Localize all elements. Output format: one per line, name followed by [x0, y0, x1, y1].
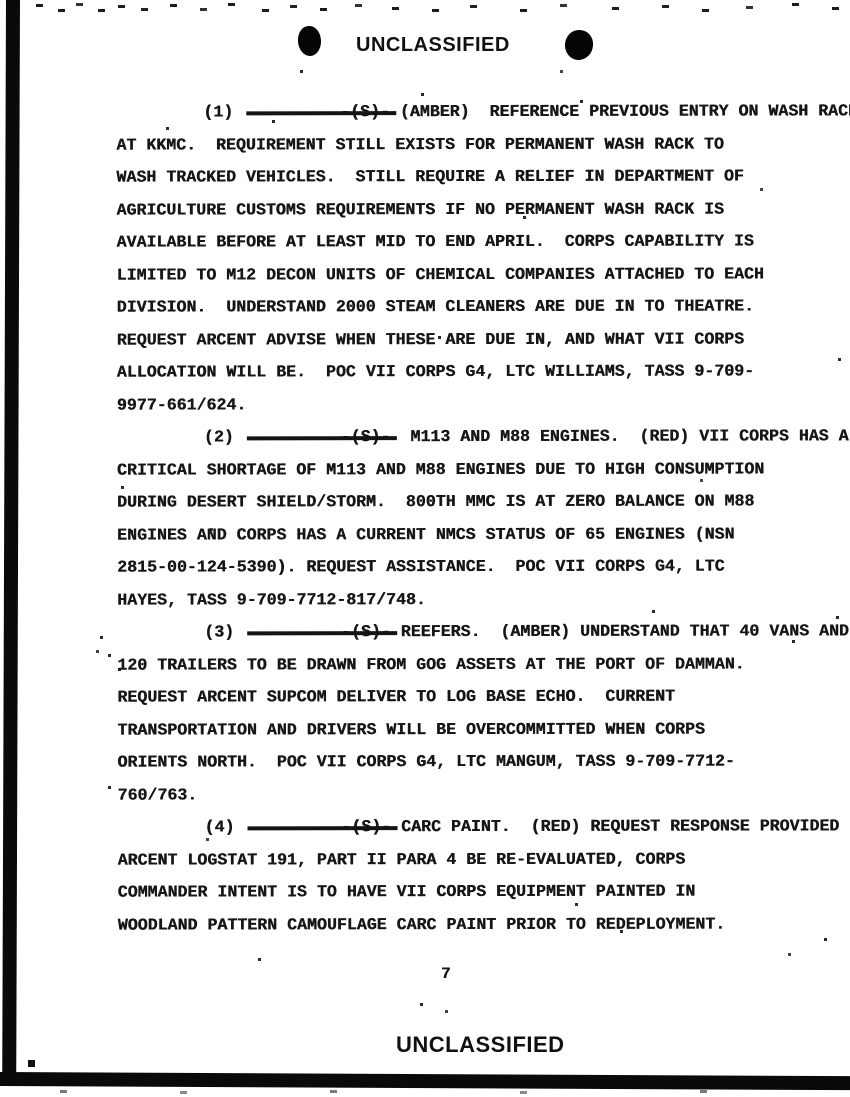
line-text: DIVISION. UNDERSTAND 2000 STEAM CLEANERS… [117, 296, 754, 316]
line-text: CRITICAL SHORTAGE OF M113 AND M88 ENGINE… [117, 459, 764, 479]
document-line: 760/763. [117, 778, 817, 812]
document-line: ORIENTS NORTH. POC VII CORPS G4, LTC MAN… [117, 745, 817, 779]
document-line: ALLOCATION WILL BE. POC VII CORPS G4, LT… [117, 355, 817, 389]
paragraph: (2) -(S)- M113 AND M88 ENGINES. (RED) VI… [117, 420, 817, 616]
ink-dot-icon [296, 25, 322, 57]
document-line: LIMITED TO M12 DECON UNITS OF CHEMICAL C… [117, 258, 817, 292]
struck-classification-marking: -(S)- [253, 96, 390, 129]
scan-edge-bar-bottom [0, 1072, 850, 1090]
line-text: REQUEST ARCENT ADVISE WHEN THESE ARE DUE… [117, 329, 744, 349]
line-text: REEFERS. (AMBER) UNDERSTAND THAT 40 VANS… [391, 621, 849, 641]
line-text: LIMITED TO M12 DECON UNITS OF CHEMICAL C… [117, 264, 764, 284]
header-classification: UNCLASSIFIED [356, 34, 510, 57]
line-text: 9977-661/624. [117, 395, 246, 414]
scan-noise-specks [0, 0, 3, 3]
struck-classification-marking: -(S)- [254, 421, 391, 454]
line-text: ARCENT LOGSTAT 191, PART II PARA 4 BE RE… [118, 849, 686, 869]
document-line: (4) -(S)- CARC PAINT. (RED) REQUEST RESP… [118, 810, 818, 844]
document-line: WOODLAND PATTERN CAMOUFLAGE CARC PAINT P… [118, 908, 818, 942]
document-line: DIVISION. UNDERSTAND 2000 STEAM CLEANERS… [117, 290, 817, 324]
document-line: 9977-661/624. [117, 388, 817, 422]
line-text: (AMBER) REFERENCE PREVIOUS ENTRY ON WASH… [390, 101, 850, 121]
document-line: REQUEST ARCENT SUPCOM DELIVER TO LOG BAS… [117, 680, 817, 714]
document-line: (1) -(S)- (AMBER) REFERENCE PREVIOUS ENT… [116, 95, 816, 129]
document-line: DURING DESERT SHIELD/STORM. 800TH MMC IS… [117, 485, 817, 519]
line-text: WASH TRACKED VEHICLES. STILL REQUIRE A R… [116, 167, 743, 187]
line-text: ALLOCATION WILL BE. POC VII CORPS G4, LT… [117, 361, 754, 381]
line-text: ENGINES AND CORPS HAS A CURRENT NMCS STA… [117, 524, 734, 544]
line-text: AT KKMC. REQUIREMENT STILL EXISTS FOR PE… [116, 134, 723, 154]
document-line: (3) -(S)- REEFERS. (AMBER) UNDERSTAND TH… [117, 615, 817, 649]
paragraph: (1) -(S)- (AMBER) REFERENCE PREVIOUS ENT… [116, 95, 817, 421]
struck-classification-marking: -(S)- [254, 616, 391, 649]
paragraph: (4) -(S)- CARC PAINT. (RED) REQUEST RESP… [118, 810, 818, 941]
document-line: TRANSPORTATION AND DRIVERS WILL BE OVERC… [117, 713, 817, 747]
document-line: COMMANDER INTENT IS TO HAVE VII CORPS EQ… [118, 875, 818, 909]
line-text: AVAILABLE BEFORE AT LEAST MID TO END APR… [117, 231, 754, 251]
line-text: M113 AND M88 ENGINES. (RED) VII CORPS HA… [390, 426, 848, 446]
struck-classification-marking: -(S)- [254, 811, 391, 844]
document-line: CRITICAL SHORTAGE OF M113 AND M88 ENGINE… [117, 453, 817, 487]
line-text: REQUEST ARCENT SUPCOM DELIVER TO LOG BAS… [117, 687, 675, 707]
document-line: REQUEST ARCENT ADVISE WHEN THESE ARE DUE… [117, 323, 817, 357]
line-text: HAYES, TASS 9-709-7712-817/748. [117, 590, 426, 610]
document-line: 2815-00-124-5390). REQUEST ASSISTANCE. P… [117, 550, 817, 584]
document-line: WASH TRACKED VEHICLES. STILL REQUIRE A R… [116, 160, 816, 194]
document-line: AGRICULTURE CUSTOMS REQUIREMENTS IF NO P… [116, 193, 816, 227]
document-line: ARCENT LOGSTAT 191, PART II PARA 4 BE RE… [118, 843, 818, 877]
line-text: ORIENTS NORTH. POC VII CORPS G4, LTC MAN… [117, 752, 734, 772]
line-text: COMMANDER INTENT IS TO HAVE VII CORPS EQ… [118, 882, 696, 902]
document-line: AVAILABLE BEFORE AT LEAST MID TO END APR… [116, 225, 816, 259]
line-text: TRANSPORTATION AND DRIVERS WILL BE OVERC… [117, 719, 705, 739]
document-line: AT KKMC. REQUIREMENT STILL EXISTS FOR PE… [116, 128, 816, 162]
scanned-document-page: UNCLASSIFIED (1) -(S)- (AMBER) REFERENCE… [0, 0, 850, 1097]
line-text: CARC PAINT. (RED) REQUEST RESPONSE PROVI… [391, 816, 850, 836]
line-text: AGRICULTURE CUSTOMS REQUIREMENTS IF NO P… [116, 199, 723, 219]
line-text: 120 TRAILERS TO BE DRAWN FROM GOG ASSETS… [117, 654, 744, 674]
line-text: DURING DESERT SHIELD/STORM. 800TH MMC IS… [117, 491, 754, 511]
page-number: 7 [441, 965, 451, 983]
document-line: ENGINES AND CORPS HAS A CURRENT NMCS STA… [117, 518, 817, 552]
ink-dot-icon [564, 29, 594, 61]
document-body: (1) -(S)- (AMBER) REFERENCE PREVIOUS ENT… [116, 95, 817, 941]
document-line: HAYES, TASS 9-709-7712-817/748. [117, 583, 817, 617]
line-text: WOODLAND PATTERN CAMOUFLAGE CARC PAINT P… [118, 914, 725, 934]
paragraph: (3) -(S)- REEFERS. (AMBER) UNDERSTAND TH… [117, 615, 817, 811]
footer-classification: UNCLASSIFIED [396, 1032, 565, 1058]
document-line: 120 TRAILERS TO BE DRAWN FROM GOG ASSETS… [117, 648, 817, 682]
scan-edge-bar-left [2, 0, 20, 1080]
line-text: 2815-00-124-5390). REQUEST ASSISTANCE. P… [117, 557, 724, 577]
document-line: (2) -(S)- M113 AND M88 ENGINES. (RED) VI… [117, 420, 817, 454]
line-text: 760/763. [117, 785, 197, 804]
